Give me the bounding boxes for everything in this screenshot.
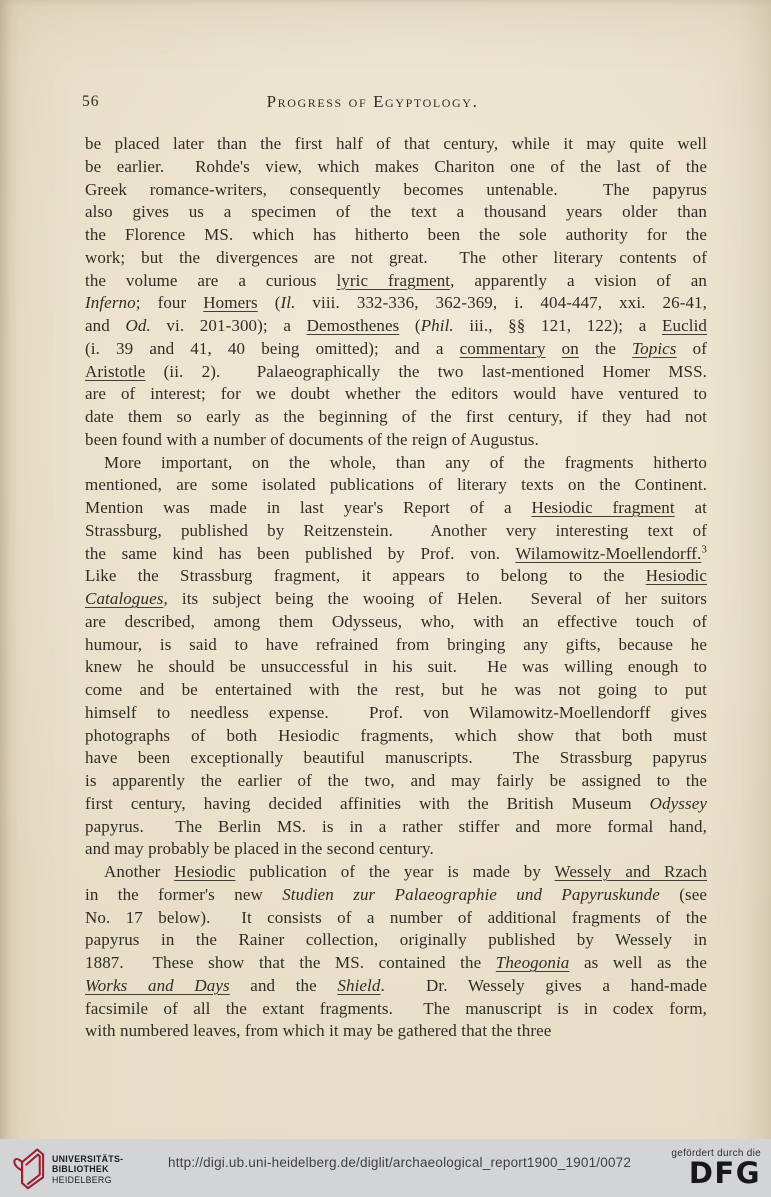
text-line: with numbered leaves, from which it may … — [85, 1020, 707, 1043]
text-line: More important, on the whole, than any o… — [85, 452, 707, 475]
text-line: (i. 39 and 41, 40 being omitted); and a … — [85, 338, 707, 361]
viewer-footer: UNIVERSITÄTS- BIBLIOTHEK HEIDELBERG http… — [0, 1139, 771, 1197]
text-line: the Florence MS. which has hitherto been… — [85, 224, 707, 247]
text-line: Strassburg, published by Reitzenstein. A… — [85, 520, 707, 543]
text-line: mentioned, are some isolated publication… — [85, 474, 707, 497]
text-line: Mention was made in last year's Report o… — [85, 497, 707, 520]
text-line: himself to needless expense. Prof. von W… — [85, 702, 707, 725]
dfg-logo: DFG — [671, 1160, 761, 1187]
text-line: 1887. These show that the MS. contained … — [85, 952, 707, 975]
text-line: papyrus. The Berlin MS. is in a rather s… — [85, 816, 707, 839]
text-line: the volume are a curious lyric fragment,… — [85, 270, 707, 293]
text-line: first century, having decided affinities… — [85, 793, 707, 816]
library-name-line: UNIVERSITÄTS- — [52, 1154, 123, 1164]
text-line: Another Hesiodic publication of the year… — [85, 861, 707, 884]
text-line: work; but the divergences are not great.… — [85, 247, 707, 270]
text-line: be earlier. Rohde's view, which makes Ch… — [85, 156, 707, 179]
text-line: facsimile of all the extant fragments. T… — [85, 998, 707, 1021]
ub-heidelberg-logo-icon — [12, 1145, 49, 1191]
text-line: photographs of both Hesiodic fragments, … — [85, 725, 707, 748]
text-line: Catalogues, its subject being the wooing… — [85, 588, 707, 611]
text-line: date them so early as the beginning of t… — [85, 406, 707, 429]
text-line: come and be entertained with the rest, b… — [85, 679, 707, 702]
text-line: have been exceptionally beautiful manusc… — [85, 747, 707, 770]
text-line: been found with a number of documents of… — [85, 429, 707, 452]
page-body: be placed later than the first half of t… — [85, 133, 707, 1043]
text-line: are described, among them Odysseus, who,… — [85, 611, 707, 634]
text-line: and may probably be placed in the second… — [85, 838, 707, 861]
text-line: Inferno; four Homers (Il. viii. 332-336,… — [85, 292, 707, 315]
text-line: is apparently the earlier of the two, an… — [85, 770, 707, 793]
text-line: are of interest; for we doubt whether th… — [85, 383, 707, 406]
text-line: Greek romance-writers, consequently beco… — [85, 179, 707, 202]
dfg-funding-block: gefördert durch die DFG — [671, 1148, 761, 1187]
scanned-page: 56 Progress of Egyptology. be placed lat… — [0, 0, 771, 1197]
text-line: No. 17 below). It consists of a number o… — [85, 907, 707, 930]
text-line: be placed later than the first half of t… — [85, 133, 707, 156]
document-source-url: http://digi.ub.uni-heidelberg.de/diglit/… — [168, 1155, 631, 1170]
text-line: also gives us a specimen of the text a t… — [85, 201, 707, 224]
library-name: UNIVERSITÄTS- BIBLIOTHEK HEIDELBERG — [52, 1154, 123, 1185]
text-line: knew he should be unsuccessful in his su… — [85, 656, 707, 679]
text-line: humour, is said to have refrained from b… — [85, 634, 707, 657]
text-line: papyrus in the Rainer collection, origin… — [85, 929, 707, 952]
running-header: Progress of Egyptology. — [85, 92, 660, 112]
library-name-line: HEIDELBERG — [52, 1175, 123, 1185]
library-name-line: BIBLIOTHEK — [52, 1164, 123, 1174]
text-line: Like the Strassburg fragment, it appears… — [85, 565, 707, 588]
text-line: the same kind has been published by Prof… — [85, 543, 707, 566]
text-line: Aristotle (ii. 2). Palaeographically the… — [85, 361, 707, 384]
text-line: and Od. vi. 201-300); a Demosthenes (Phi… — [85, 315, 707, 338]
text-line: in the former's new Studien zur Palaeogr… — [85, 884, 707, 907]
text-line: Works and Days and the Shield. Dr. Wesse… — [85, 975, 707, 998]
